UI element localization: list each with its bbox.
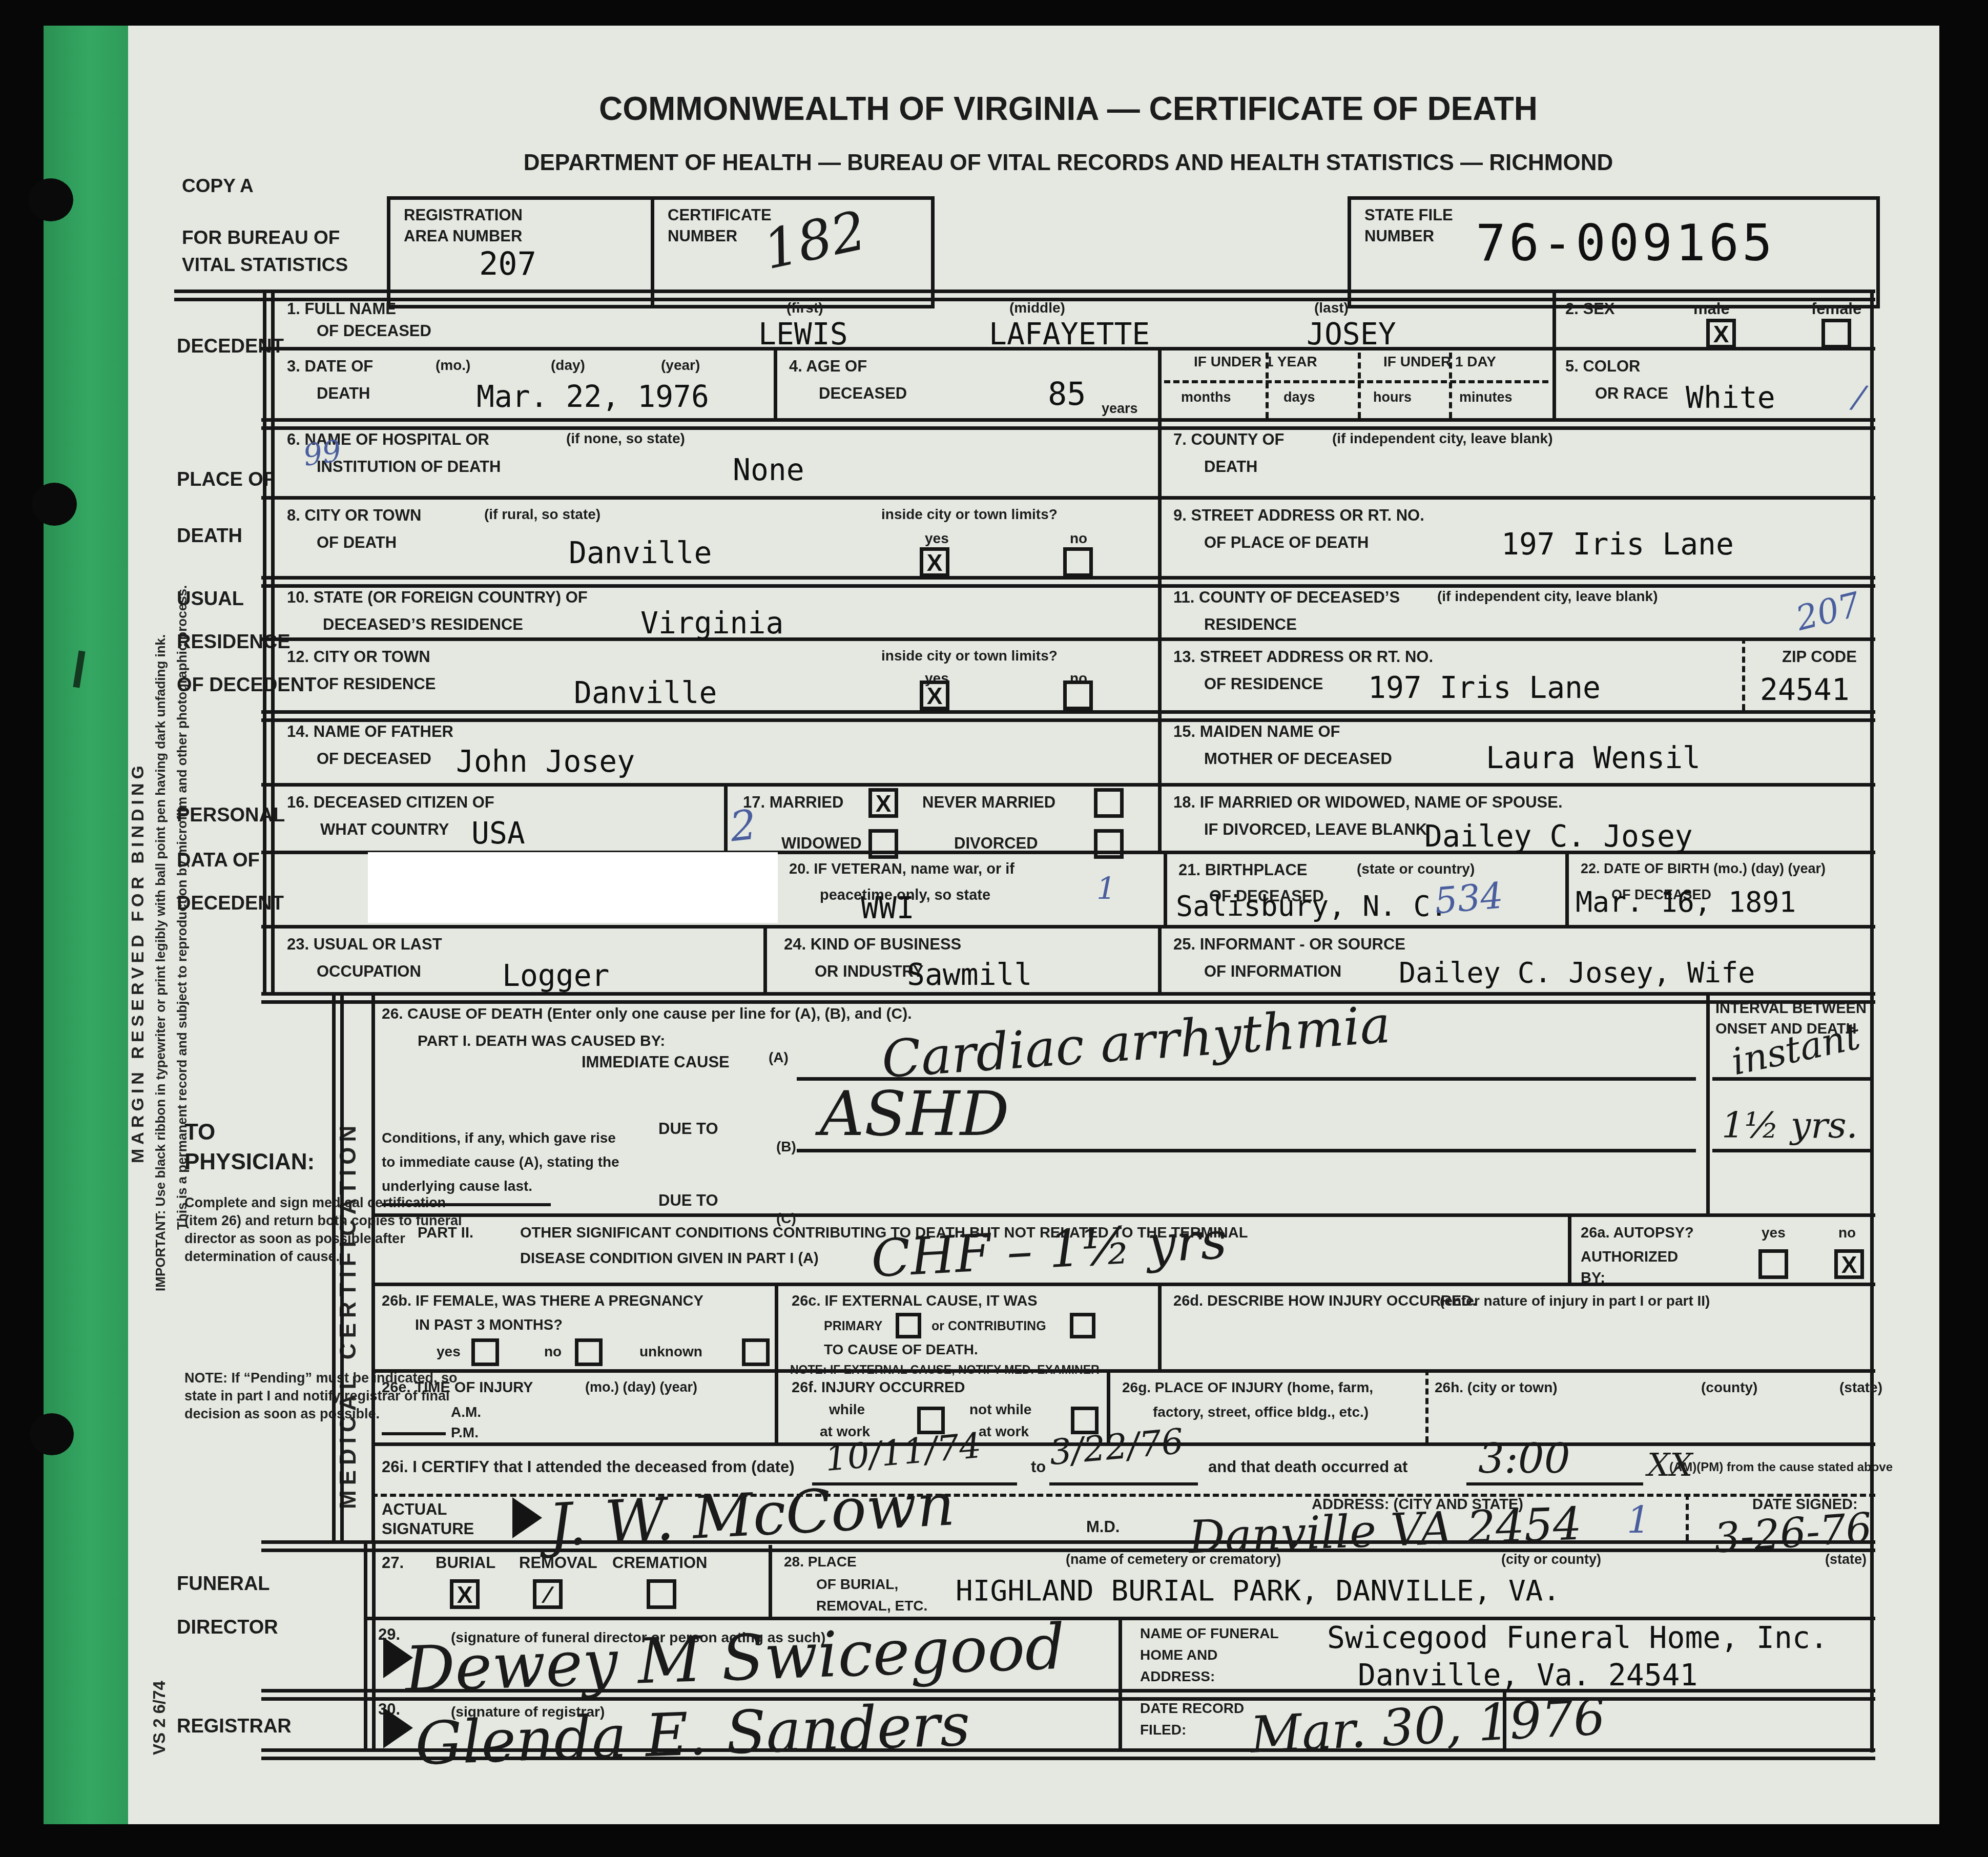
section-usual-1: USUAL [177,588,244,610]
preg-no-label: no [544,1344,562,1360]
certify-label-3: (AM)(PM) from the cause stated above [1669,1460,1893,1475]
death-time-value: 3:00 [1478,1435,1570,1482]
sex-female-checkbox [1821,319,1851,348]
due-to-c-label: DUE TO [658,1191,718,1210]
grid-line [775,1283,778,1369]
divorced-checkbox [1094,829,1124,859]
part2-label-3: DISEASE CONDITION GIVEN IN PART I (A) [520,1250,819,1267]
cause-a-hint: (A) [769,1049,789,1066]
interval-label: INTERVAL BETWEEN [1715,1000,1867,1017]
city-residence-value: Danville [574,675,717,710]
marital-ink-note: 2 [728,801,758,851]
section-registrar: REGISTRAR [177,1716,292,1738]
limits-8-yes-label: yes [925,530,949,547]
field-26c-label-2: TO CAUSE OF DEATH. [824,1342,978,1358]
field-26-label: 26. CAUSE OF DEATH (Enter only one cause… [382,1005,912,1023]
field-14-label-2: OF DECEASED [317,750,431,768]
first-name-value: LEWIS [758,317,848,352]
under-1-year-label: IF UNDER 1 YEAR [1194,354,1317,370]
field-3-label: 3. DATE OF [287,357,373,376]
limits-8-label: inside city or town limits? [881,506,1058,523]
field-3-label-2: DEATH [317,384,370,403]
ext-primary-checkbox [896,1313,921,1338]
age-value: 85 [1048,375,1086,412]
grid-line [261,783,1875,787]
while-label-1: while [829,1401,865,1418]
field-26f-label: 26f. INJURY OCCURRED [792,1379,965,1396]
field-28-label-3: REMOVAL, ETC. [816,1598,927,1614]
cemetery-hint: (name of cemetery or crematory) [1066,1552,1281,1567]
state-residence-value: Virginia [640,606,783,641]
field-27-number: 27. [382,1554,404,1572]
grid-line [1552,290,1556,420]
field-26g-label-2: factory, street, office bldg., etc.) [1153,1404,1369,1420]
field-12-label: 12. CITY OR TOWN [287,648,430,666]
dashed-divider [1164,380,1548,383]
not-while-label-1: not while [969,1401,1031,1418]
city-county-hint: (city or county) [1501,1552,1601,1567]
funeral-home-name-value: Swicegood Funeral Home, Inc. [1327,1620,1828,1655]
autopsy-no-label: no [1838,1225,1856,1241]
field-13-label: 13. STREET ADDRESS OR RT. NO. [1173,648,1433,666]
field-20-label: 20. IF VETERAN, name war, or if [789,861,1014,878]
field-7-label-2: DEATH [1204,458,1257,476]
ext-primary-label: PRIMARY [824,1319,882,1334]
widowed-label: WIDOWED [781,834,862,853]
field-8-label: 8. CITY OR TOWN [287,506,421,525]
punch-hole [32,483,77,526]
registration-area-value: 207 [479,245,536,282]
county-hint: (county) [1701,1379,1757,1396]
minutes-label: minutes [1459,389,1513,405]
field-28-label-2: OF BURIAL, [816,1576,898,1593]
address-ink-note: 1 [1627,1499,1650,1542]
date-filed-label-1: DATE RECORD [1140,1700,1244,1717]
field-2-label: 2. SEX [1565,300,1615,318]
grid-line [1158,710,1162,783]
grid-line [263,290,275,994]
immediate-cause-label: IMMEDIATE CAUSE [582,1053,730,1071]
field-21-hint: (state or country) [1357,861,1475,877]
dashed-divider [1425,1369,1428,1442]
ext-contributing-label: or CONTRIBUTING [931,1319,1046,1334]
punch-hole [30,1413,74,1455]
grid-line [261,637,1875,641]
field-26b-label-2: IN PAST 3 MONTHS? [415,1317,563,1334]
field-26g-label: 26g. PLACE OF INJURY (home, farm, [1122,1379,1373,1396]
field-13-label-2: OF RESIDENCE [1204,675,1323,693]
autopsy-yes-checkbox [1758,1249,1788,1279]
middle-name-value: LAFAYETTE [989,317,1150,352]
field-26a-label-3: BY: [1581,1270,1605,1287]
field-26b-label: 26b. IF FEMALE, WAS THERE A PREGNANCY [382,1293,703,1310]
field-9-label-2: OF PLACE OF DEATH [1204,533,1369,552]
conditions-note-1: Conditions, if any, which gave rise [382,1130,616,1146]
state-file-label-2: NUMBER [1364,227,1434,245]
certificate-number-label-2: NUMBER [668,227,737,245]
sex-male-label: male [1693,300,1730,318]
autopsy-yes-label: yes [1762,1225,1786,1241]
field-10-label-2: DECEASED’S RESIDENCE [323,615,523,634]
actual-signature-label-2: SIGNATURE [382,1520,474,1538]
redaction-box [368,852,778,923]
field-23-label-2: OCCUPATION [317,962,421,981]
hospital-value: None [733,452,804,487]
field-26c-label: 26c. IF EXTERNAL CAUSE, IT WAS [792,1293,1038,1310]
bureau-label-1: FOR BUREAU OF [182,227,340,249]
burial-place-value: HIGHLAND BURIAL PARK, DANVILLE, VA. [956,1574,1560,1607]
scanned-death-certificate: MARGIN RESERVED FOR BINDING IMPORTANT: U… [0,0,1988,1857]
divorced-label: DIVORCED [954,834,1038,853]
mother-name-value: Laura Wensil [1486,740,1701,775]
field-22-label: 22. DATE OF BIRTH (mo.) (day) (year) [1581,861,1826,877]
registration-area-label-2: AREA NUMBER [404,227,522,245]
field-24-label: 24. KIND OF BUSINESS [784,935,961,954]
father-name-value: John Josey [456,744,635,779]
field-14-label: 14. NAME OF FATHER [287,723,453,741]
never-married-checkbox [1094,788,1124,818]
field-16-label: 16. DECEASED CITIZEN OF [287,793,494,812]
section-place-1: PLACE OF [177,469,275,491]
grid-line [775,1369,778,1442]
copy-label: COPY A [182,175,254,197]
field-1-middle-hint: (middle) [1009,300,1065,316]
answer-line [1466,1482,1643,1485]
field-26a-label-2: AUTHORIZED [1581,1249,1678,1266]
industry-value: Sawmill [907,957,1032,992]
burial-checkbox: X [450,1579,480,1609]
grid-line [332,992,344,1540]
grid-line [371,1283,1875,1286]
section-personal-2: DATA OF [177,850,260,872]
field-11-label: 11. COUNTY OF DECEASED’S [1173,588,1400,607]
grid-line [763,925,767,992]
grid-line [1565,851,1569,925]
field-7-label: 7. COUNTY OF [1173,430,1284,449]
informant-value: Dailey C. Josey, Wife [1399,956,1755,989]
grid-line [261,1540,1875,1552]
grid-line [724,783,728,851]
pm-label: P.M. [451,1425,479,1441]
part2-label: PART II. [418,1225,473,1242]
field-26d-hint: (enter nature of injury in part I or par… [1440,1293,1710,1309]
never-married-label: NEVER MARRIED [922,793,1055,812]
grid-line [1158,347,1162,420]
widowed-checkbox [868,829,898,859]
answer-line [382,1432,446,1435]
state-file-label: STATE FILE [1364,206,1453,224]
field-1-last-hint: (last) [1314,300,1349,316]
veteran-value: WWI [861,891,915,925]
field-6-label-2: INSTITUTION OF DEATH [317,458,501,476]
autopsy-no-checkbox: X [1834,1249,1864,1279]
field-26c-note: NOTE: IF EXTERNAL CAUSE, NOTIFY MED. EXA… [790,1363,1100,1377]
street-of-death-value: 197 Iris Lane [1501,527,1734,562]
field-5-label: 5. COLOR [1565,357,1640,376]
field-1-first-hint: (first) [786,300,823,316]
grid-line [1119,1617,1122,1689]
section-physician-1: TO [184,1120,215,1145]
last-name-value: JOSEY [1307,317,1396,352]
field-16-label-2: WHAT COUNTRY [320,820,449,839]
state-file-value: 76-009165 [1476,214,1775,273]
field-26e-label: 26e. TIME OF INJURY [382,1379,533,1396]
grid-line [769,1545,772,1617]
conditions-note-2: to immediate cause (A), stating the [382,1154,619,1170]
ext-contributing-checkbox [1070,1313,1095,1338]
field-3-mo-hint: (mo.) [436,357,470,374]
section-place-2: DEATH [177,525,242,547]
certify-to-label: to [1031,1458,1046,1476]
field-18-label-2: IF DIVORCED, LEAVE BLANK [1204,820,1427,839]
field-11-label-2: RESIDENCE [1204,615,1297,634]
field-28-label: 28. PLACE [784,1554,857,1570]
birthplace-value: Salisbury, N. C. [1176,890,1447,922]
certify-label-2: and that death occurred at [1208,1458,1407,1476]
certificate-number-label: CERTIFICATE [668,206,772,224]
limits-12-yes-checkbox: X [920,680,949,710]
married-label: 17. MARRIED [743,793,843,812]
conditions-note-3: underlying cause last. [382,1178,532,1194]
grid-line [261,576,1875,588]
field-10-label: 10. STATE (OR FOREIGN COUNTRY) OF [287,588,588,607]
hours-label: hours [1373,389,1412,405]
field-1-label: 1. FULL NAME [287,300,396,318]
date-of-death-value: Mar. 22, 1976 [477,379,709,414]
field-26a-label: 26a. AUTOPSY? [1581,1225,1694,1242]
cremation-label: CREMATION [612,1554,707,1572]
limits-12-no-checkbox [1063,680,1093,710]
removal-label: REMOVAL [519,1554,597,1572]
preg-no-checkbox [575,1338,603,1366]
funeral-home-address-value: Danville, Va. 24541 [1358,1658,1697,1693]
grid-line [261,418,1875,430]
date-of-birth-value: Mar. 16, 1891 [1576,885,1796,918]
street-residence-value: 197 Iris Lane [1368,670,1601,705]
page-title: COMMONWEALTH OF VIRGINIA — CERTIFICATE O… [261,90,1875,128]
certify-label: 26i. I CERTIFY that I attended the decea… [382,1458,795,1476]
grid-line [1164,851,1167,925]
field-8-label-2: OF DEATH [317,533,397,552]
under-1-day-label: IF UNDER 1 DAY [1383,354,1496,370]
cause-b-hint: (B) [776,1139,796,1155]
state-hint: (state) [1839,1379,1882,1396]
margin-binding-text: MARGIN RESERVED FOR BINDING [128,761,148,1163]
field-12-label-2: OF RESIDENCE [317,675,436,693]
grid-line [1158,783,1162,851]
city-of-death-value: Danville [569,535,712,570]
date-filed-label-2: FILED: [1140,1722,1186,1738]
punch-hole [28,178,73,221]
field-25-label: 25. INFORMANT - OR SOURCE [1173,935,1405,954]
underline [382,1203,551,1206]
section-physician-2: PHYSICIAN: [184,1149,315,1175]
arrow-marker [383,1707,413,1748]
occupation-value: Logger [502,958,610,993]
preg-unknown-checkbox [742,1338,770,1366]
bureau-label-2: VITAL STATISTICS [182,254,348,276]
field-6-hint: (if none, so state) [566,430,685,447]
limits-8-no-checkbox [1063,547,1093,577]
preg-yes-label: yes [437,1344,461,1360]
burial-label: BURIAL [436,1554,495,1572]
grid-line [1158,576,1162,712]
field-21-label: 21. BIRTHPLACE [1178,861,1307,879]
grid-line [261,992,1875,1004]
grid-line [261,496,1875,500]
birthplace-ink-note: 534 [1433,874,1505,922]
sex-female-label: female [1811,300,1861,318]
field-8-hint: (if rural, so state) [484,506,600,523]
days-label: days [1283,389,1315,405]
arrow-marker [512,1497,542,1538]
registration-area-label: REGISTRATION [404,206,523,224]
field-23-label: 23. USUAL OR LAST [287,935,442,954]
field-15-label-2: MOTHER OF DECEASED [1204,750,1392,768]
field-25-label-2: OF INFORMATION [1204,962,1341,981]
age-years-label: years [1102,401,1138,417]
form-number: VS 2 6/74 [150,1681,169,1755]
interval-b-value: 1½ yrs. [1722,1104,1858,1146]
grid-line [1158,925,1162,992]
preg-yes-checkbox [471,1338,499,1366]
grid-line [1706,992,1710,1213]
zip-value: 24541 [1760,672,1850,707]
grid-line [261,710,1875,722]
dashed-divider [1358,353,1361,418]
grid-line [774,347,777,420]
field-7-hint: (if independent city, leave blank) [1332,430,1552,447]
dashed-divider [1742,637,1745,710]
am-label: A.M. [451,1404,481,1420]
sex-male-checkbox: X [1706,319,1736,348]
grid-line [364,1540,376,1748]
field-3-year-hint: (year) [661,357,700,374]
limits-8-yes-checkbox: X [920,547,949,577]
field-18-label: 18. IF MARRIED OR WIDOWED, NAME OF SPOUS… [1173,793,1563,812]
field-4-label-2: DECEASED [819,384,907,403]
field-11-hint: (if independent city, leave blank) [1437,588,1658,605]
field-26d-label: 26d. DESCRIBE HOW INJURY OCCURRED. [1173,1293,1476,1310]
grid-line [1158,418,1162,578]
grid-line [371,1369,1875,1373]
field-1-label-2: OF DECEASED [317,322,431,340]
margin-important-text: IMPORTANT: Use black ribbon in typewrite… [153,634,169,1291]
funeral-home-label-1: NAME OF FUNERAL [1140,1625,1279,1642]
field-4-label: 4. AGE OF [789,357,867,376]
dashed-divider [1686,1494,1689,1540]
race-value: White [1686,380,1775,415]
spouse-value: Dailey C. Josey [1424,819,1693,854]
married-checkbox: X [868,788,898,818]
field-9-label: 9. STREET ADDRESS OR RT. NO. [1173,506,1424,525]
hospital-ink-note: 99 [301,433,344,473]
section-usual-3: OF DECEDENT [177,674,316,696]
answer-line [1712,1149,1870,1152]
field-5-label-2: OR RACE [1595,384,1668,403]
zip-label: ZIP CODE [1782,648,1857,666]
field-3-day-hint: (day) [551,357,585,374]
not-while-label-2: at work [979,1423,1029,1440]
months-label: months [1181,389,1231,405]
field-26e-hint: (mo.) (day) (year) [585,1379,697,1395]
grid-line [371,992,375,1540]
removal-checkbox: ∕ [533,1579,563,1609]
preg-unknown-label: unknown [639,1344,702,1360]
section-funeral-2: DIRECTOR [177,1617,278,1639]
state-hint-28: (state) [1825,1552,1867,1567]
grid-line [261,925,1875,928]
binding-strip [44,26,128,1824]
citizen-value: USA [471,816,525,851]
actual-signature-label: ACTUAL [382,1500,447,1519]
limits-8-no-label: no [1070,530,1087,547]
section-funeral-1: FUNERAL [177,1573,270,1595]
veteran-ink-note: 1 [1096,871,1116,907]
answer-line [1049,1482,1198,1485]
grid-line [1568,1213,1571,1283]
cause-b-value: ASHD [820,1079,1009,1150]
grid-line [1158,1283,1162,1369]
field-26h-label: 26h. (city or town) [1435,1379,1558,1396]
due-to-b-label: DUE TO [658,1120,718,1138]
grid-line [1119,1689,1122,1748]
page-subtitle: DEPARTMENT OF HEALTH — BUREAU OF VITAL R… [261,150,1875,176]
limits-12-label: inside city or town limits? [881,648,1058,664]
md-label: M.D. [1086,1518,1120,1536]
funeral-home-label-2: HOME AND [1140,1647,1217,1663]
field-26-part1-label: PART I. DEATH WAS CAUSED BY: [418,1033,665,1050]
funeral-home-label-3: ADDRESS: [1140,1668,1215,1685]
cremation-checkbox [647,1579,676,1609]
field-15-label: 15. MAIDEN NAME OF [1173,723,1340,741]
